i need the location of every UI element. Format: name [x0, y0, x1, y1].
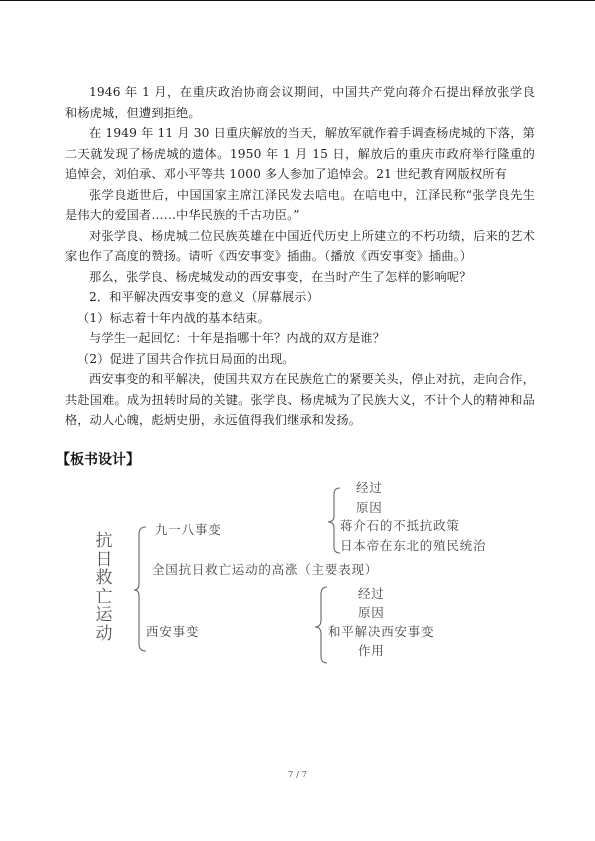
branch-national-movement: 全国抗日救亡运动的高涨（主要表现）: [152, 560, 378, 578]
top-border-line: [0, 0, 595, 1]
section-heading-board-design: 【板书设计】: [56, 449, 140, 469]
paragraph: （1）标志着十年内战的基本结束。: [65, 308, 535, 329]
branch-3-child: 和平解决西安事变: [328, 622, 434, 640]
root-char: 日: [94, 551, 114, 570]
upper-brace-icon: [328, 488, 340, 553]
branch-3-child: 原因: [358, 603, 385, 621]
branch-918-incident: 九一八事变: [155, 520, 222, 538]
branch-3-child: 经过: [358, 584, 385, 602]
branch-1-child: 蒋介石的不抵抗政策: [340, 516, 460, 534]
lower-brace-icon: [315, 587, 327, 663]
document-body: 1946 年 1 月，在重庆政治协商会议期间，中国共产党向蒋介石提出释放张学良和…: [65, 82, 535, 431]
root-char: 救: [94, 569, 114, 588]
page-number: 7 / 7: [0, 770, 595, 780]
paragraph: 对张学良、杨虎城二位民族英雄在中国近代历史上所建立的不朽功绩，后来的艺术家也作了…: [65, 226, 535, 267]
paragraph: 1946 年 1 月，在重庆政治协商会议期间，中国共产党向蒋介石提出释放张学良和…: [65, 82, 535, 123]
root-char: 运: [94, 606, 114, 625]
branch-1-child: 原因: [356, 498, 383, 516]
root-char: 亡: [94, 588, 114, 607]
branch-1-child: 日本帝在东北的殖民统治: [340, 536, 486, 554]
paragraph: 那么，张学良、杨虎城发动的西安事变，在当时产生了怎样的影响呢？: [65, 267, 535, 288]
paragraph: 2．和平解决西安事变的意义（屏幕展示）: [65, 287, 535, 308]
paragraph: 在 1949 年 11 月 30 日重庆解放的当天，解放军就作着手调查杨虎城的下…: [65, 123, 535, 185]
branch-3-child: 作用: [358, 641, 385, 659]
root-char: 动: [94, 625, 114, 644]
paragraph: 张学良逝世后，中国国家主席江泽民发去唁电。在唁电中，江泽民称“张学良先生是伟大的…: [65, 185, 535, 226]
root-label-vertical: 抗 日 救 亡 运 动: [94, 532, 114, 643]
root-char: 抗: [94, 532, 114, 551]
branch-xian-incident: 西安事变: [146, 622, 199, 640]
paragraph: 西安事变的和平解决，使国共双方在民族危亡的紧要关头，停止对抗，走向合作，共赴国难…: [65, 369, 535, 431]
paragraph: 与学生一起回忆：十年是指哪十年？内战的双方是谁？: [65, 328, 535, 349]
branch-1-child: 经过: [356, 478, 383, 496]
paragraph: （2）促进了国共合作抗日局面的出现。: [65, 349, 535, 370]
main-brace-icon: [134, 527, 146, 651]
